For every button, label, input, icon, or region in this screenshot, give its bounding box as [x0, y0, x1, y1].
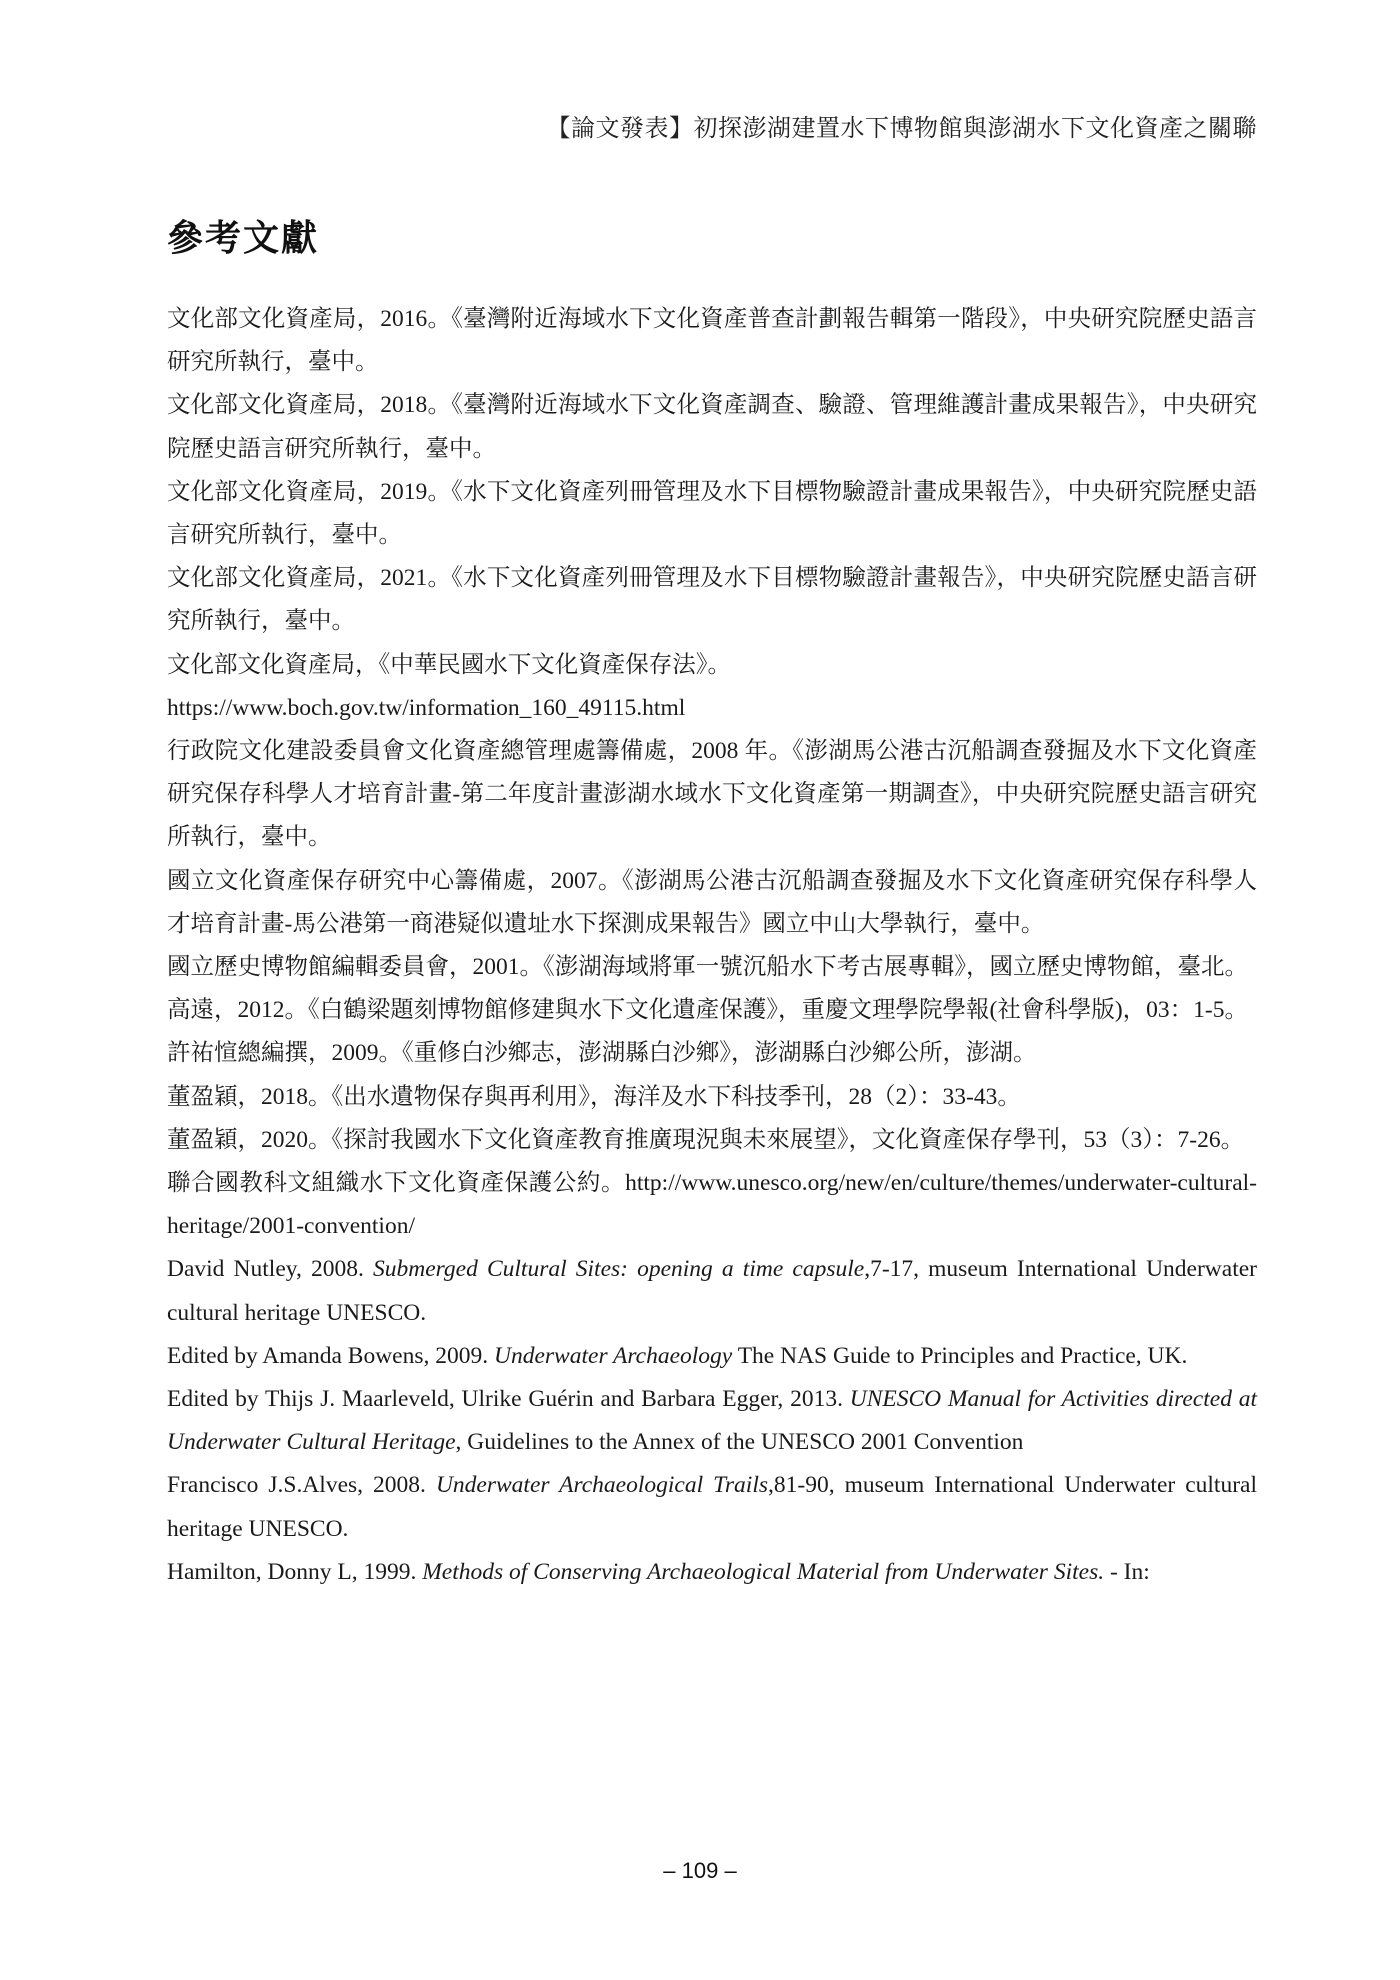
reference-title-italic: Underwater Archaeology — [494, 1343, 732, 1369]
reference-list: 文化部文化資產局，2016。《臺灣附近海域水下文化資產普查計劃報告輯第一階段》，… — [167, 298, 1257, 1594]
section-title: 參考文獻 — [167, 210, 319, 261]
reference-text: 董盈穎，2018。《出水遺物保存與再利用》，海洋及水下科技季刊，28（2）：33… — [167, 1084, 1021, 1110]
running-header: 【論文發表】初探澎湖建置水下博物館與澎湖水下文化資產之關聯 — [547, 108, 1258, 143]
reference-entry: 董盈穎，2020。《探討我國水下文化資產教育推廣現況與未來展望》，文化資產保存學… — [167, 1119, 1257, 1162]
reference-text: Francisco J.S.Alves, 2008. — [167, 1472, 436, 1498]
reference-entry: 文化部文化資產局，2016。《臺灣附近海域水下文化資產普查計劃報告輯第一階段》，… — [167, 298, 1257, 384]
reference-text: The NAS Guide to Principles and Practice… — [732, 1343, 1187, 1369]
reference-entry: 國立文化資產保存研究中心籌備處，2007。《澎湖馬公港古沉船調查發掘及水下文化資… — [167, 860, 1257, 946]
reference-entry: Francisco J.S.Alves, 2008. Underwater Ar… — [167, 1464, 1257, 1550]
reference-text: Edited by Amanda Bowens, 2009. — [167, 1343, 494, 1369]
reference-text: 國立歷史博物館編輯委員會，2001。《澎湖海域將軍一號沉船水下考古展專輯》，國立… — [167, 954, 1248, 980]
reference-text: 許祐愃總編撰，2009。《重修白沙鄉志，澎湖縣白沙鄉》，澎湖縣白沙鄉公所，澎湖。 — [167, 1040, 1037, 1066]
reference-entry: Edited by Amanda Bowens, 2009. Underwate… — [167, 1335, 1257, 1378]
reference-entry: 董盈穎，2018。《出水遺物保存與再利用》，海洋及水下科技季刊，28（2）：33… — [167, 1076, 1257, 1119]
reference-text: 文化部文化資產局，2021。《水下文化資產列冊管理及水下目標物驗證計畫報告》，中… — [167, 565, 1257, 634]
reference-text: 文化部文化資產局，2019。《水下文化資產列冊管理及水下目標物驗證計畫成果報告》… — [167, 479, 1257, 548]
reference-text: 文化部文化資產局，《中華民國水下文化資產保存法》。 — [167, 652, 731, 678]
reference-entry: https://www.boch.gov.tw/information_160_… — [167, 687, 1257, 730]
reference-text: 高遠，2012。《白鶴梁題刻博物館修建與水下文化遺產保護》，重慶文理學院學報(社… — [167, 997, 1248, 1023]
reference-entry: 文化部文化資產局，2019。《水下文化資產列冊管理及水下目標物驗證計畫成果報告》… — [167, 471, 1257, 557]
reference-entry: 許祐愃總編撰，2009。《重修白沙鄉志，澎湖縣白沙鄉》，澎湖縣白沙鄉公所，澎湖。 — [167, 1032, 1257, 1075]
reference-entry: 文化部文化資產局，2018。《臺灣附近海域水下文化資產調查、驗證、管理維護計畫成… — [167, 384, 1257, 470]
reference-entry: David Nutley, 2008. Submerged Cultural S… — [167, 1248, 1257, 1334]
reference-text: Hamilton, Donny L, 1999. — [167, 1559, 422, 1585]
reference-text: 文化部文化資產局，2016。《臺灣附近海域水下文化資產普查計劃報告輯第一階段》，… — [167, 306, 1257, 375]
reference-text: 國立文化資產保存研究中心籌備處，2007。《澎湖馬公港古沉船調查發掘及水下文化資… — [167, 868, 1257, 937]
reference-text: - In: — [1104, 1559, 1150, 1585]
reference-text: 行政院文化建設委員會文化資產總管理處籌備處，2008 年。《澎湖馬公港古沉船調查… — [167, 738, 1257, 850]
reference-entry: 行政院文化建設委員會文化資產總管理處籌備處，2008 年。《澎湖馬公港古沉船調查… — [167, 730, 1257, 860]
page-number: – 109 – — [0, 1858, 1400, 1884]
reference-entry: Hamilton, Donny L, 1999. Methods of Cons… — [167, 1551, 1257, 1594]
reference-text: 文化部文化資產局，2018。《臺灣附近海域水下文化資產調查、驗證、管理維護計畫成… — [167, 392, 1257, 461]
reference-title-italic: Underwater Archaeological Trails — [436, 1472, 768, 1498]
reference-entry: 聯合國教科文組織水下文化資產保護公約。http://www.unesco.org… — [167, 1162, 1257, 1248]
reference-entry: 國立歷史博物館編輯委員會，2001。《澎湖海域將軍一號沉船水下考古展專輯》，國立… — [167, 946, 1257, 989]
reference-text: 董盈穎，2020。《探討我國水下文化資產教育推廣現況與未來展望》，文化資產保存學… — [167, 1127, 1244, 1153]
reference-text: , Guidelines to the Annex of the UNESCO … — [456, 1429, 1024, 1455]
reference-text: 聯合國教科文組織水下文化資產保護公約。http://www.unesco.org… — [167, 1170, 1257, 1239]
reference-title-italic: Submerged Cultural Sites: opening a time… — [373, 1256, 864, 1282]
reference-title-italic: Methods of Conserving Archaeological Mat… — [422, 1559, 1104, 1585]
reference-text: David Nutley, 2008. — [167, 1256, 373, 1282]
reference-entry: 高遠，2012。《白鶴梁題刻博物館修建與水下文化遺產保護》，重慶文理學院學報(社… — [167, 989, 1257, 1032]
reference-text: https://www.boch.gov.tw/information_160_… — [167, 695, 685, 721]
reference-entry: 文化部文化資產局，2021。《水下文化資產列冊管理及水下目標物驗證計畫報告》，中… — [167, 557, 1257, 643]
reference-text: Edited by Thijs J. Maarleveld, Ulrike Gu… — [167, 1386, 850, 1412]
reference-entry: Edited by Thijs J. Maarleveld, Ulrike Gu… — [167, 1378, 1257, 1464]
reference-entry: 文化部文化資產局，《中華民國水下文化資產保存法》。 — [167, 644, 1257, 687]
